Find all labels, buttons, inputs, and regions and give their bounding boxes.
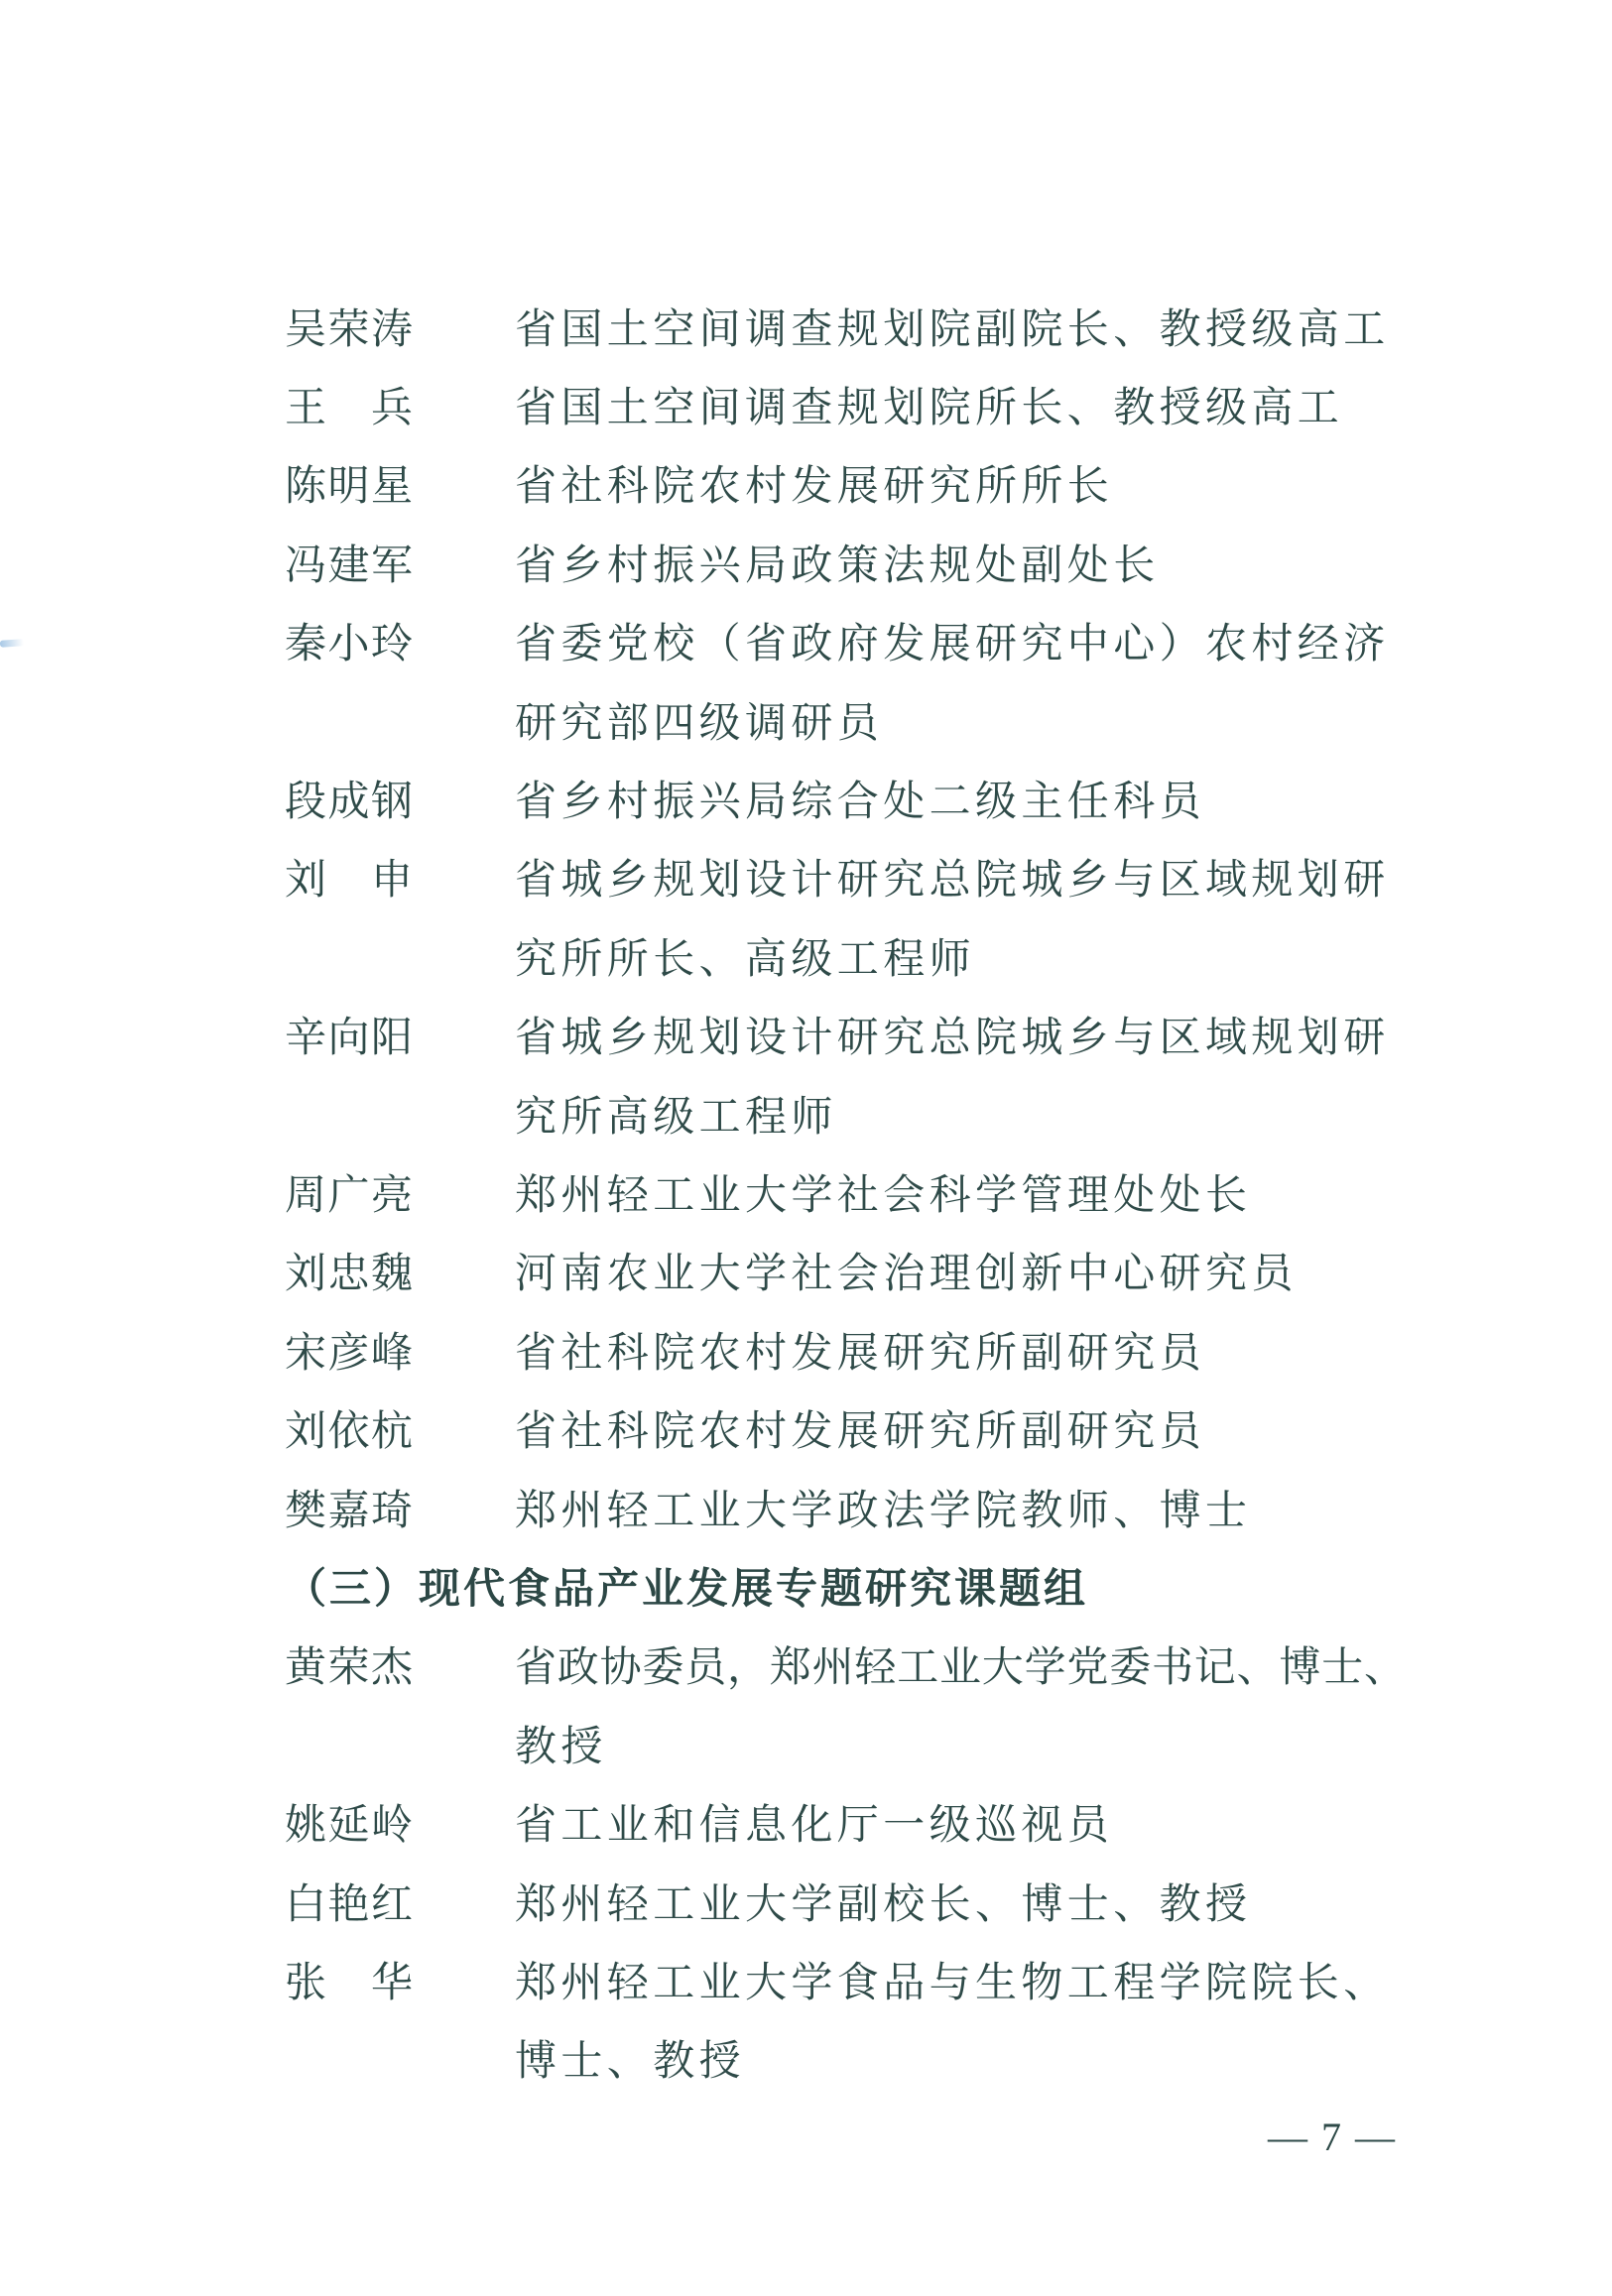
roster-row: 刘忠魏 河南农业大学社会治理创新中心研究员 [285,1232,1612,1310]
person-title-line: 省委党校（省政府发展研究中心）农村经济 [515,611,1390,670]
person-name: 冯建军 [285,533,515,592]
person-name: 陈明星 [285,453,515,513]
person-name: 刘 申 [285,847,515,906]
person-name: 樊嘉琦 [285,1478,515,1537]
person-title-line: 省国土空间调查规划院副院长、教授级高工 [515,297,1390,356]
roster-row: 姚延岭 省工业和信息化厅一级巡视员 [285,1782,1612,1861]
person-title-line: 郑州轻工业大学食品与生物工程学院院长、 [515,1950,1390,2009]
document-page: 吴荣涛 省国土空间调查规划院副院长、教授级高工 王 兵 省国土空间调查规划院所长… [0,0,1612,2296]
page-number: — 7 — [1268,2114,1397,2160]
roster-row: 宋彦峰 省社科院农村发展研究所副研究员 [285,1310,1612,1389]
scan-artifact-mark [0,639,24,648]
person-title-line: 教授 [515,1714,607,1773]
person-title-line: 郑州轻工业大学政法学院教师、博士 [515,1478,1251,1537]
roster-row: 王 兵 省国土空间调查规划院所长、教授级高工 [285,365,1612,443]
roster-row: 秦小玲 省委党校（省政府发展研究中心）农村经济 [285,602,1612,680]
section-heading: （三）现代食品产业发展专题研究课题组 [285,1546,1612,1625]
roster-row: 吴荣涛 省国土空间调查规划院副院长、教授级高工 [285,287,1612,365]
person-title-line: 郑州轻工业大学社会科学管理处处长 [515,1162,1251,1222]
person-title-line: 省政协委员，郑州轻工业大学党委书记、博士、 [515,1634,1407,1694]
person-title-line: 省乡村振兴局综合处二级主任科员 [515,769,1205,828]
person-title-line: 究所高级工程师 [515,1084,837,1144]
roster-row: 刘 申 省城乡规划设计研究总院城乡与区域规划研 [285,838,1612,916]
document-body: 吴荣涛 省国土空间调查规划院副院长、教授级高工 王 兵 省国土空间调查规划院所长… [285,287,1612,2176]
person-title-line: 省工业和信息化厅一级巡视员 [515,1792,1113,1852]
roster-row: 张 华 郑州轻工业大学食品与生物工程学院院长、 [285,1940,1612,2018]
roster-row: 陈明星 省社科院农村发展研究所所长 [285,444,1612,523]
roster-row: 究所所长、高级工程师 [285,916,1612,995]
roster-row: 黄荣杰 省政协委员，郑州轻工业大学党委书记、博士、 [285,1626,1612,1704]
roster-row: 博士、教授 [285,2019,1612,2098]
roster-row: 冯建军 省乡村振兴局政策法规处副处长 [285,523,1612,601]
person-title-line: 究所所长、高级工程师 [515,926,975,986]
person-title-line: 博士、教授 [515,2028,745,2088]
person-name: 辛向阳 [285,1005,515,1064]
roster-row: 研究部四级调研员 [285,680,1612,759]
roster-row: 樊嘉琦 郑州轻工业大学政法学院教师、博士 [285,1468,1612,1546]
person-title-line: 省城乡规划设计研究总院城乡与区域规划研 [515,1005,1390,1064]
roster-section-top: 吴荣涛 省国土空间调查规划院副院长、教授级高工 王 兵 省国土空间调查规划院所长… [285,287,1612,1546]
roster-row: 教授 [285,1704,1612,1782]
person-name: 姚延岭 [285,1792,515,1852]
person-name: 吴荣涛 [285,297,515,356]
person-name: 刘依杭 [285,1398,515,1458]
person-title-line: 省国土空间调查规划院所长、教授级高工 [515,375,1343,434]
roster-row: 白艳红 郑州轻工业大学副校长、博士、教授 [285,1862,1612,1940]
roster-section-food: 黄荣杰 省政协委员，郑州轻工业大学党委书记、博士、 教授 姚延岭 省工业和信息化… [285,1626,1612,2098]
roster-row: 刘依杭 省社科院农村发展研究所副研究员 [285,1389,1612,1467]
person-title-line: 省社科院农村发展研究所副研究员 [515,1320,1205,1380]
person-name: 白艳红 [285,1872,515,1931]
person-title-line: 省社科院农村发展研究所所长 [515,453,1113,513]
person-title-line: 郑州轻工业大学副校长、博士、教授 [515,1872,1251,1931]
person-name: 周广亮 [285,1162,515,1222]
person-name: 王 兵 [285,375,515,434]
person-name: 张 华 [285,1950,515,2009]
person-name: 宋彦峰 [285,1320,515,1380]
person-name: 段成钢 [285,769,515,828]
roster-row: 辛向阳 省城乡规划设计研究总院城乡与区域规划研 [285,996,1612,1074]
person-name: 黄荣杰 [285,1634,515,1694]
person-name: 刘忠魏 [285,1241,515,1300]
person-title-line: 研究部四级调研员 [515,690,883,750]
person-title-line: 省城乡规划设计研究总院城乡与区域规划研 [515,847,1390,906]
page-footer: — 7 — [285,2098,1612,2176]
roster-row: 周广亮 郑州轻工业大学社会科学管理处处长 [285,1152,1612,1231]
person-title-line: 省社科院农村发展研究所副研究员 [515,1398,1205,1458]
roster-row: 究所高级工程师 [285,1074,1612,1152]
person-title-line: 省乡村振兴局政策法规处副处长 [515,533,1160,592]
person-name: 秦小玲 [285,611,515,670]
person-title-line: 河南农业大学社会治理创新中心研究员 [515,1241,1298,1300]
roster-row: 段成钢 省乡村振兴局综合处二级主任科员 [285,759,1612,837]
